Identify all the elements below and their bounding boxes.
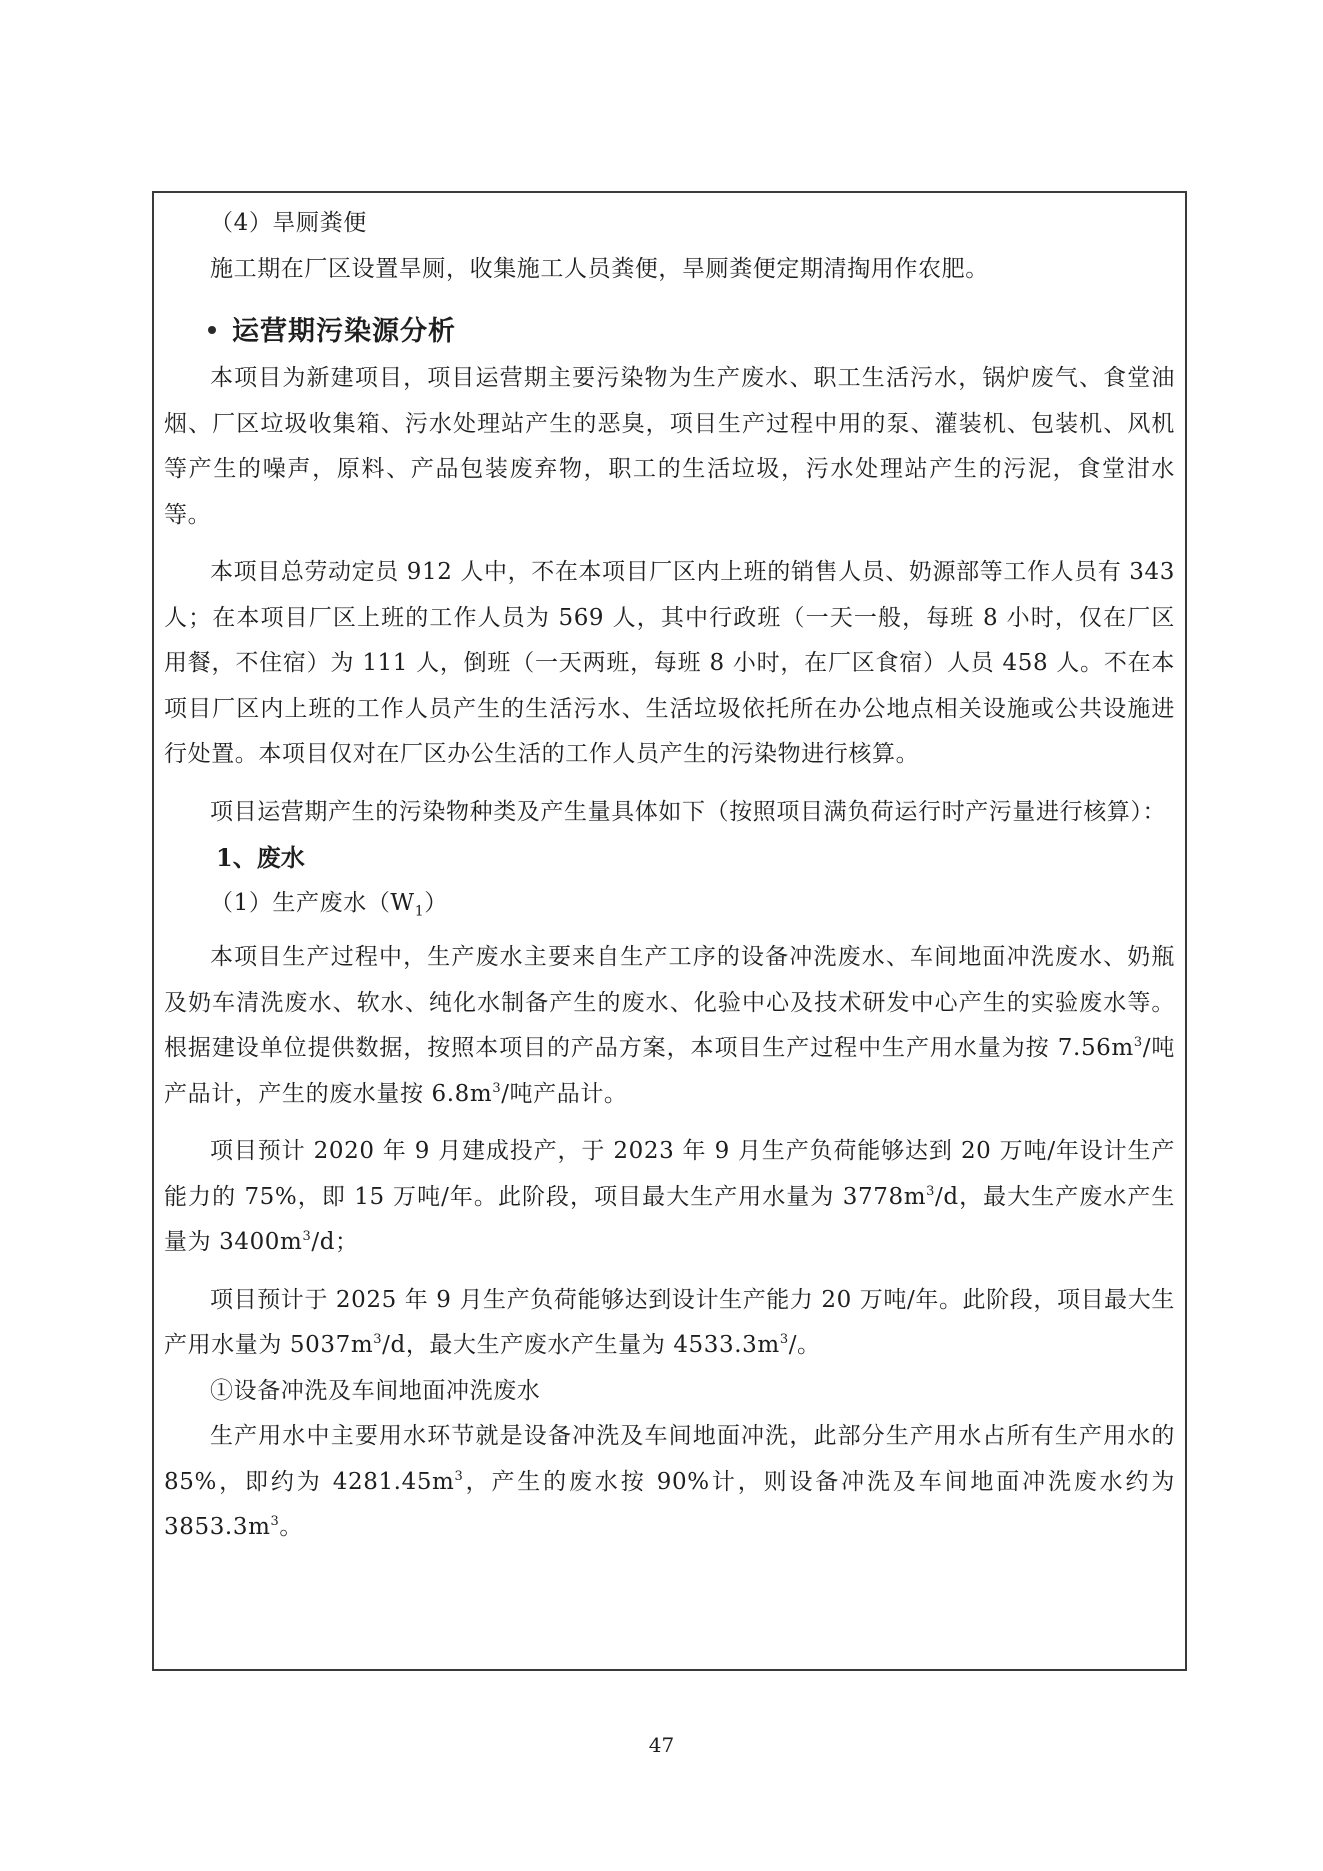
text: /吨产品计。 — [501, 1081, 627, 1107]
paragraph-equipment-washing: 生产用水中主要用水环节就是设备冲洗及车间地面冲洗，此部分生产用水占所有生产用水的… — [164, 1414, 1175, 1551]
paragraph-staffing: 本项目总劳动定员 912 人中，不在本项目厂区内上班的销售人员、奶源部等工作人员… — [164, 550, 1175, 778]
item-title-dry-toilet: （4）旱厕粪便 — [164, 201, 1175, 247]
paragraph-phase-2025: 项目预计于 2025 年 9 月生产负荷能够达到设计生产能力 20 万吨/年。此… — [164, 1278, 1175, 1369]
text: /d，最大生产废水产生量为 4533.3m — [382, 1332, 780, 1358]
subheading-production-wastewater: （1）生产废水（W1） — [164, 881, 1175, 935]
bullet-icon — [208, 326, 216, 334]
document-page: （4）旱厕粪便 施工期在厂区设置旱厕，收集施工人员粪便，旱厕粪便定期清掏用作农肥… — [0, 0, 1323, 1871]
text: /d； — [311, 1229, 358, 1255]
paragraph-phase-2023: 项目预计 2020 年 9 月建成投产，于 2023 年 9 月生产负荷能够达到… — [164, 1129, 1175, 1266]
subscript: 1 — [415, 904, 425, 920]
text: 。 — [279, 1514, 303, 1540]
paragraph-accounting-basis: 项目运营期产生的污染物种类及产生量具体如下（按照项目满负荷运行时产污量进行核算）… — [164, 790, 1175, 836]
item-title-equipment-washing: ①设备冲洗及车间地面冲洗废水 — [164, 1369, 1175, 1415]
superscript: 3 — [302, 1229, 311, 1244]
text: /。 — [789, 1332, 821, 1358]
heading-wastewater: 1、废水 — [164, 835, 1175, 881]
paragraph-wastewater-sources: 本项目生产过程中，生产废水主要来自生产工序的设备冲洗废水、车间地面冲洗废水、奶瓶… — [164, 935, 1175, 1117]
superscript: 3 — [492, 1081, 501, 1096]
superscript: 3 — [373, 1332, 382, 1347]
superscript: 3 — [1134, 1035, 1143, 1050]
paragraph-dry-toilet: 施工期在厂区设置旱厕，收集施工人员粪便，旱厕粪便定期清掏用作农肥。 — [164, 247, 1175, 293]
text: 本项目生产过程中，生产废水主要来自生产工序的设备冲洗废水、车间地面冲洗废水、奶瓶… — [164, 944, 1175, 1061]
section-heading-text: 运营期污染源分析 — [232, 316, 456, 347]
page-number: 47 — [0, 1733, 1323, 1757]
superscript: 3 — [926, 1184, 935, 1199]
content-body: （4）旱厕粪便 施工期在厂区设置旱厕，收集施工人员粪便，旱厕粪便定期清掏用作农肥… — [164, 201, 1175, 1551]
superscript: 3 — [780, 1332, 789, 1347]
subheading-text: （1）生产废水（W — [210, 890, 415, 916]
paragraph-pollutants-overview: 本项目为新建项目，项目运营期主要污染物为生产废水、职工生活污水，锅炉废气、食堂油… — [164, 356, 1175, 538]
section-heading-operation: 运营期污染源分析 — [164, 312, 1175, 352]
superscript: 3 — [454, 1469, 463, 1484]
content-frame: （4）旱厕粪便 施工期在厂区设置旱厕，收集施工人员粪便，旱厕粪便定期清掏用作农肥… — [152, 191, 1187, 1671]
subheading-suffix: ） — [424, 890, 448, 916]
